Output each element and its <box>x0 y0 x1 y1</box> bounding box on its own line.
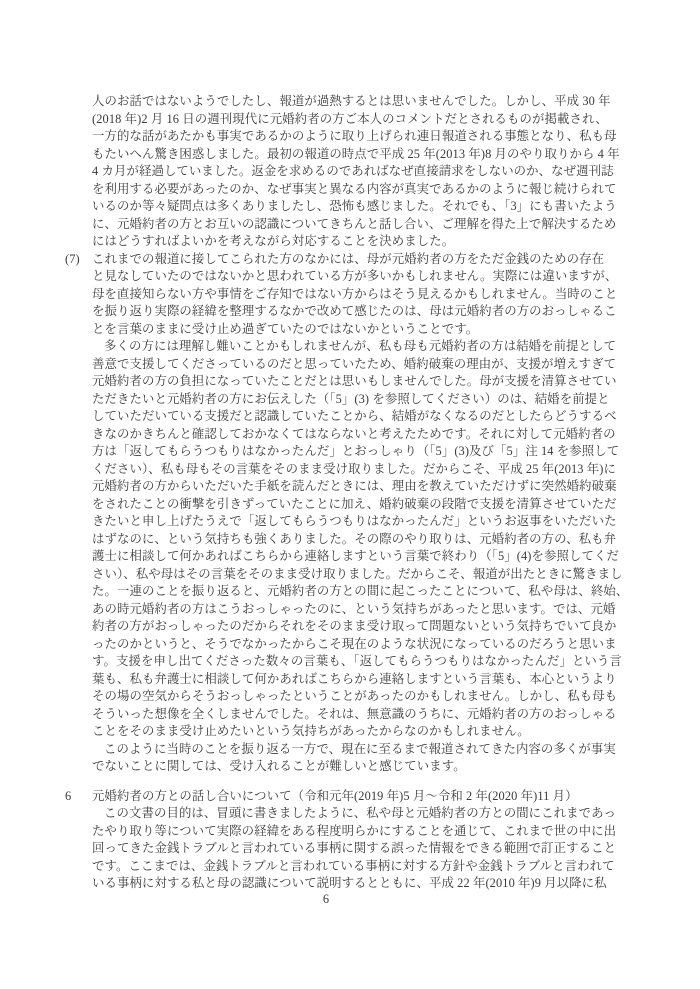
text-line: あの時元婚約者の方はこうおっしゃったのに、という気持ちがあったと思います。では、… <box>92 601 614 619</box>
text-block: 人のお話ではないようでしたし、報道が過熱するとは思いませんでした。しかし、平成 … <box>92 93 614 893</box>
text-line: もたいへん驚き困惑しました。最初の報道の時点で平成 25 年(2013 年)8 … <box>92 146 614 164</box>
text-line: ったのかというと、そうでなかったからこそ現在のような状況になっているのだろうと思… <box>92 636 614 654</box>
page-number: 6 <box>0 891 652 907</box>
text-line: 方は「返してもらうつもりはなかったんだ」とおっしゃり（「5」(3)及び「5」注 … <box>92 443 614 461</box>
text-line: 約者の方がおっしゃったのだからそれをそのまま受け取って問題ないという気持ちでいて… <box>92 618 614 636</box>
document-page: 人のお話ではないようでしたし、報道が過熱するとは思いませんでした。しかし、平成 … <box>0 0 700 989</box>
text-line: 元婚約者の方からいただいた手紙を読んだときには、理由を教えていただけずに突然婚約… <box>92 478 614 496</box>
section-6-number: 6 <box>65 788 92 806</box>
text-line: でないことに関しては、受け入れることが難しいと感じています。 <box>92 758 614 776</box>
text-line: す。支援を申し出てくださった数々の言葉も、「返してもらうつもりはなかったんだ」と… <box>92 653 614 671</box>
text-line: です。ここまでは、金銭トラブルと言われている事柄に対する方針や金銭トラブルと言わ… <box>92 858 614 876</box>
list-marker: (7) <box>65 251 92 269</box>
paragraph-continuation: 人のお話ではないようでしたし、報道が過熱するとは思いませんでした。しかし、平成 … <box>92 93 614 251</box>
text-line: この文書の目的は、冒頭に書きましたように、私や母と元婚約者の方との間にこれまであ… <box>92 805 614 823</box>
text-line: ください）、私も母もその言葉をそのまま受け取りました。だからこそ、平成 25 年… <box>92 461 614 479</box>
paragraph-reflection: 多くの方には理解し難いことかもしれませんが、私も母も元婚約者の方は結婚を前提とし… <box>92 338 614 741</box>
text-line: いるのか等々疑問点は多くありましたし、恐怖も感じました。それでも、「3」にも書い… <box>92 198 614 216</box>
text-line: たやり取り等について実際の経緯をある程度明らかにすることを通じて、これまで世の中… <box>92 823 614 841</box>
paragraph-conclusion: このように当時のことを振り返る一方で、現在に至るまで報道されてきた内容の多くが事… <box>92 741 614 776</box>
text-line: 人のお話ではないようでしたし、報道が過熱するとは思いませんでした。しかし、平成 … <box>92 93 614 111</box>
text-line: 4 カ月が経過していました。返金を求めるのであればなぜ直接請求をしないのか、なぜ… <box>92 163 614 181</box>
section-6-title: 元婚約者の方との話し合いについて（令和元年(2019 年)5 月～令和 2 年(… <box>92 789 578 803</box>
text-line: 元婚約者の方の負担になっていたことだとは思いもしませんでした。母が支援を清算させ… <box>92 373 614 391</box>
text-line: 護士に相談して何かあればこちらから連絡しますという言葉で終わり（「5」(4)を参… <box>92 548 614 566</box>
text-line: (2018 年)2 月 16 日の週刊現代に元婚約者の方ご本人のコメントだとされ… <box>92 111 614 129</box>
text-line: を振り返り実際の経緯を整理するなかで改めて感じたのは、母は元婚約者の方のおっしゃ… <box>92 303 614 321</box>
text-line: (7)これまでの報道に接してこられた方のなかには、母が元婚約者の方をただ金銭のた… <box>65 251 614 269</box>
text-line: ただきたいと元婚約者の方にお伝えした（「5」(3) を参照してください）のは、結… <box>92 391 614 409</box>
text-line: きたいと申し上げたうえで「返してもらうつもりはなかったんだ」というお返事をいただ… <box>92 513 614 531</box>
section-gap <box>92 776 614 788</box>
item-7-first-line-text: これまでの報道に接してこられた方のなかには、母が元婚約者の方をただ金銭のための存… <box>92 252 604 266</box>
text-line: 多くの方には理解し難いことかもしれませんが、私も母も元婚約者の方は結婚を前提とし… <box>92 338 614 356</box>
text-line: いる事柄に対する私と母の認識について説明するとともに、平成 22 年(2010 … <box>92 875 614 893</box>
text-line: 葉も、私も弁護士に相談して何かあればこちらから連絡しますという言葉も、本心という… <box>92 671 614 689</box>
text-line: このように当時のことを振り返る一方で、現在に至るまで報道されてきた内容の多くが事… <box>92 741 614 759</box>
text-line: さい）、私や母はその言葉をそのまま受け取りました。だからこそ、報道が出たときに驚… <box>92 566 614 584</box>
section-6-heading: 6元婚約者の方との話し合いについて（令和元年(2019 年)5 月～令和 2 年… <box>65 788 614 806</box>
text-line: 回ってきた金銭トラブルと言われている事柄に関する誤った情報をできる範囲で訂正する… <box>92 840 614 858</box>
paragraph-section-6-intro: この文書の目的は、冒頭に書きましたように、私や母と元婚約者の方との間にこれまであ… <box>92 805 614 893</box>
text-line: その場の空気からそうおっしゃったということがあったのかもしれません。しかし、私も… <box>92 688 614 706</box>
paragraph-item-7: (7)これまでの報道に接してこられた方のなかには、母が元婚約者の方をただ金銭のた… <box>65 251 614 339</box>
text-line: そういった想像を全くしませんでした。それは、無意識のうちに、元婚約者の方のおっし… <box>92 706 614 724</box>
text-line: していただいている支援だと認識していたことから、結婚がなくなるのだとしたらどうす… <box>92 408 614 426</box>
text-line: にはどうすればよいかを考えながら対応することを決めました。 <box>92 233 614 251</box>
text-line: とを言葉のままに受け止め過ぎていたのではないかということです。 <box>92 321 614 339</box>
text-line: 善意で支援してくださっているのだと思っていたため、婚約破棄の理由が、支援が増えす… <box>92 356 614 374</box>
text-line: はずなのに、という気持ちも強くありました。その際のやり取りは、元婚約者の方の、私… <box>92 531 614 549</box>
text-line: ことをそのまま受け止めたいという気持ちがあったからなのかもしれません。 <box>92 723 614 741</box>
text-line: 一方的な話があたかも事実であるかのように取り上げられ連日報道される事態となり、私… <box>92 128 614 146</box>
item-7-continuation-lines: と見なしていたのではないかと思われている方が多いかもしれません。実際には違います… <box>92 268 614 338</box>
text-line: を利用する必要があったのか、なぜ事実と異なる内容が真実であるかのように報じ続けら… <box>92 181 614 199</box>
text-line: に、元婚約者の方とお互いの認識についてきちんと話し合い、ご理解を得た上で解決する… <box>92 216 614 234</box>
text-line: と見なしていたのではないかと思われている方が多いかもしれません。実際には違います… <box>92 268 614 286</box>
text-line: た。一連のことを振り返ると、元婚約者の方との間に起こったことについて、私や母は、… <box>92 583 614 601</box>
text-line: 母を直接知らない方や事情をご存知ではない方からはそう見えるかもしれません。当時の… <box>92 286 614 304</box>
text-line: きなのかきちんと確認しておかなくてはならないと考えたためです。それに対して元婚約… <box>92 426 614 444</box>
text-line: をされたことの衝撃を引きずっていたことに加え、婚約破棄の段階で支援を清算させてい… <box>92 496 614 514</box>
